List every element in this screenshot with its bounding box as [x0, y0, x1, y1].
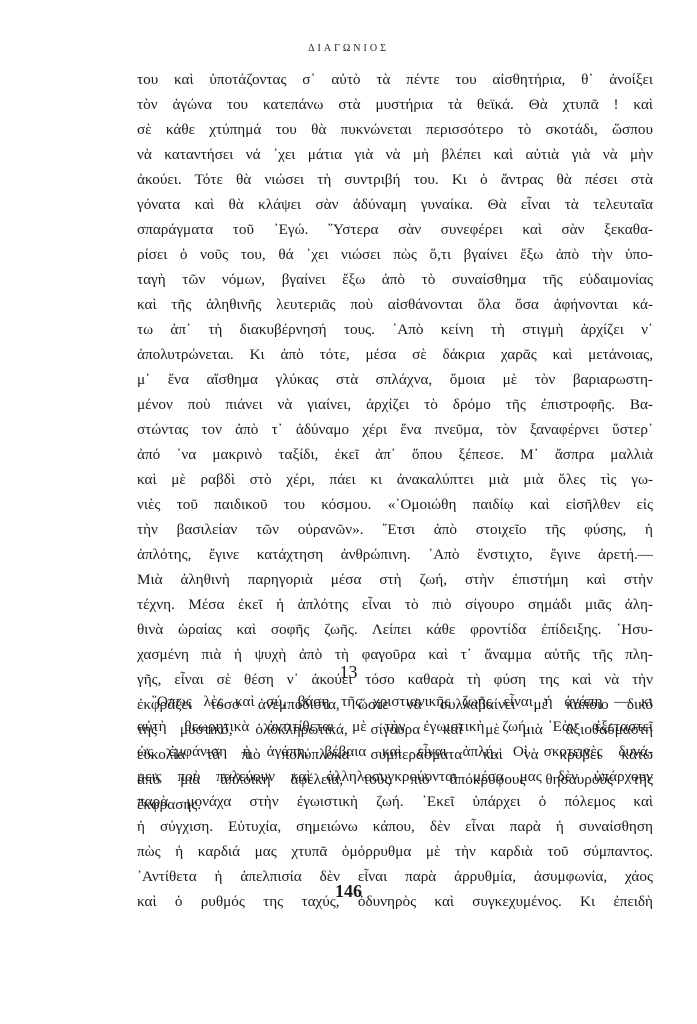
- text-line: ἀπολυτρώνεται. Κι ἀπὸ τότε, μέσα σὲ δάκρ…: [137, 342, 653, 367]
- text-line: τὴν βασιλείαν τῶν οὐρανῶν». ῎Ετσι ἀπὸ στ…: [137, 517, 653, 542]
- text-line: τὸν ἀγώνα του κατεπάνω στὰ μυστήρια τὰ θ…: [137, 92, 653, 117]
- text-line: σπαράγματα τοῦ ᾽Εγώ. ῞Υστερα σὰν συνεφέρ…: [137, 217, 653, 242]
- text-line: πὼς ἡ καρδιά μας χτυπᾶ ὁμόρρυθμα μὲ τὴν …: [137, 839, 653, 864]
- text-line: τω ἀπ᾽ τὴ διακυβέρνησή τους. ᾽Απὸ κείνη …: [137, 317, 653, 342]
- text-line: ἁπλότης, ἔγινε κατάχτηση ἀνθρώπινη. ᾽Απὸ…: [137, 542, 653, 567]
- text-line: ρίσει ὁ νοῦς του, θά ᾽χει νιώσει πὼς ὅ,τ…: [137, 242, 653, 267]
- text-line: του καὶ ὑποτάζοντας σ᾽ αὐτὸ τὰ πέντε του…: [137, 67, 653, 92]
- text-line: νὰ καταντήσει νά ᾽χει μάτια γιὰ νὰ μὴ βλ…: [137, 142, 653, 167]
- text-line: Μιὰ ἀληθινὴ παρηγοριὰ μέσα στὴ ζωή, στὴν…: [137, 567, 653, 592]
- text-line: στώντας τον ἀπὸ τ᾽ ἀδύναμο χέρι ἕνα πνεῦ…: [137, 417, 653, 442]
- text-line: θινὰ ὡραίας καὶ σοφῆς ζωῆς. Λείπει κάθε …: [137, 617, 653, 642]
- text-line: ταγὴ τῶν νόμων, βγαίνει ἔξω ἀπὸ τὸ συναί…: [137, 267, 653, 292]
- text-line: ῞Οπως λὲς καὶ σύ, βάση τῆς χριστιανικῆς …: [137, 689, 653, 714]
- text-line: ἀκούει. Τότε θὰ νιώσει τὴ συντριβή του. …: [137, 167, 653, 192]
- section-number: 13: [0, 662, 697, 683]
- text-line: ὡς ἐμφάνιση ἡ ἀγάπη, βέβαια καὶ εἶναι ἁπ…: [137, 739, 653, 764]
- text-line: μ᾽ ἕνα αἴσθημα γλύκας στὰ σπλάχνα, ὅμοια…: [137, 367, 653, 392]
- text-line: νιὲς τοῦ παιδικοῦ του κόσμου. «῾Ομοιώθη …: [137, 492, 653, 517]
- text-line: αὐτὴ θεωρητικὰ ἀντιτίθεται μὲ τὴν ἐγωιστ…: [137, 714, 653, 739]
- text-line: παρὰ μονάχα στὴν ἐγωιστικὴ ζωή. ᾽Εκεῖ ὑπ…: [137, 789, 653, 814]
- text-line: ἡ σύγχιση. Εὐτυχία, σημειώνω κάπου, δὲν …: [137, 814, 653, 839]
- text-line: ἀπό ᾽να μακρινὸ ταξίδι, ἐκεῖ ἀπ᾽ ὅπου ξέ…: [137, 442, 653, 467]
- text-line: σὲ κάθε χτύπημά του θὰ πυκνώνεται περισσ…: [137, 117, 653, 142]
- text-line: τέχνη. Μέσα ἐκεῖ ἡ ἁπλότης εἶναι τὸ πιὸ …: [137, 592, 653, 617]
- text-line: γόνατα καὶ θὰ κλάψει σὰν ἀδύναμη γυναίκα…: [137, 192, 653, 217]
- text-line: καὶ τῆς ἀληθινῆς λευτεριᾶς ποὺ αἰσθάνοντ…: [137, 292, 653, 317]
- page-number: 146: [0, 881, 697, 902]
- running-head: ΔΙΑΓΩΝΙΟΣ: [0, 43, 697, 54]
- text-line: μένον ποὺ πιάνει νὰ γιαίνει, ἀρχίζει τὸ …: [137, 392, 653, 417]
- text-line: καὶ μὲ ραβδὶ στὸ χέρι, πάει κι ἀνακαλύπτ…: [137, 467, 653, 492]
- text-line: μεις ποὺ παλεύουν καὶ ἀλληλοσυγκρούονται…: [137, 764, 653, 789]
